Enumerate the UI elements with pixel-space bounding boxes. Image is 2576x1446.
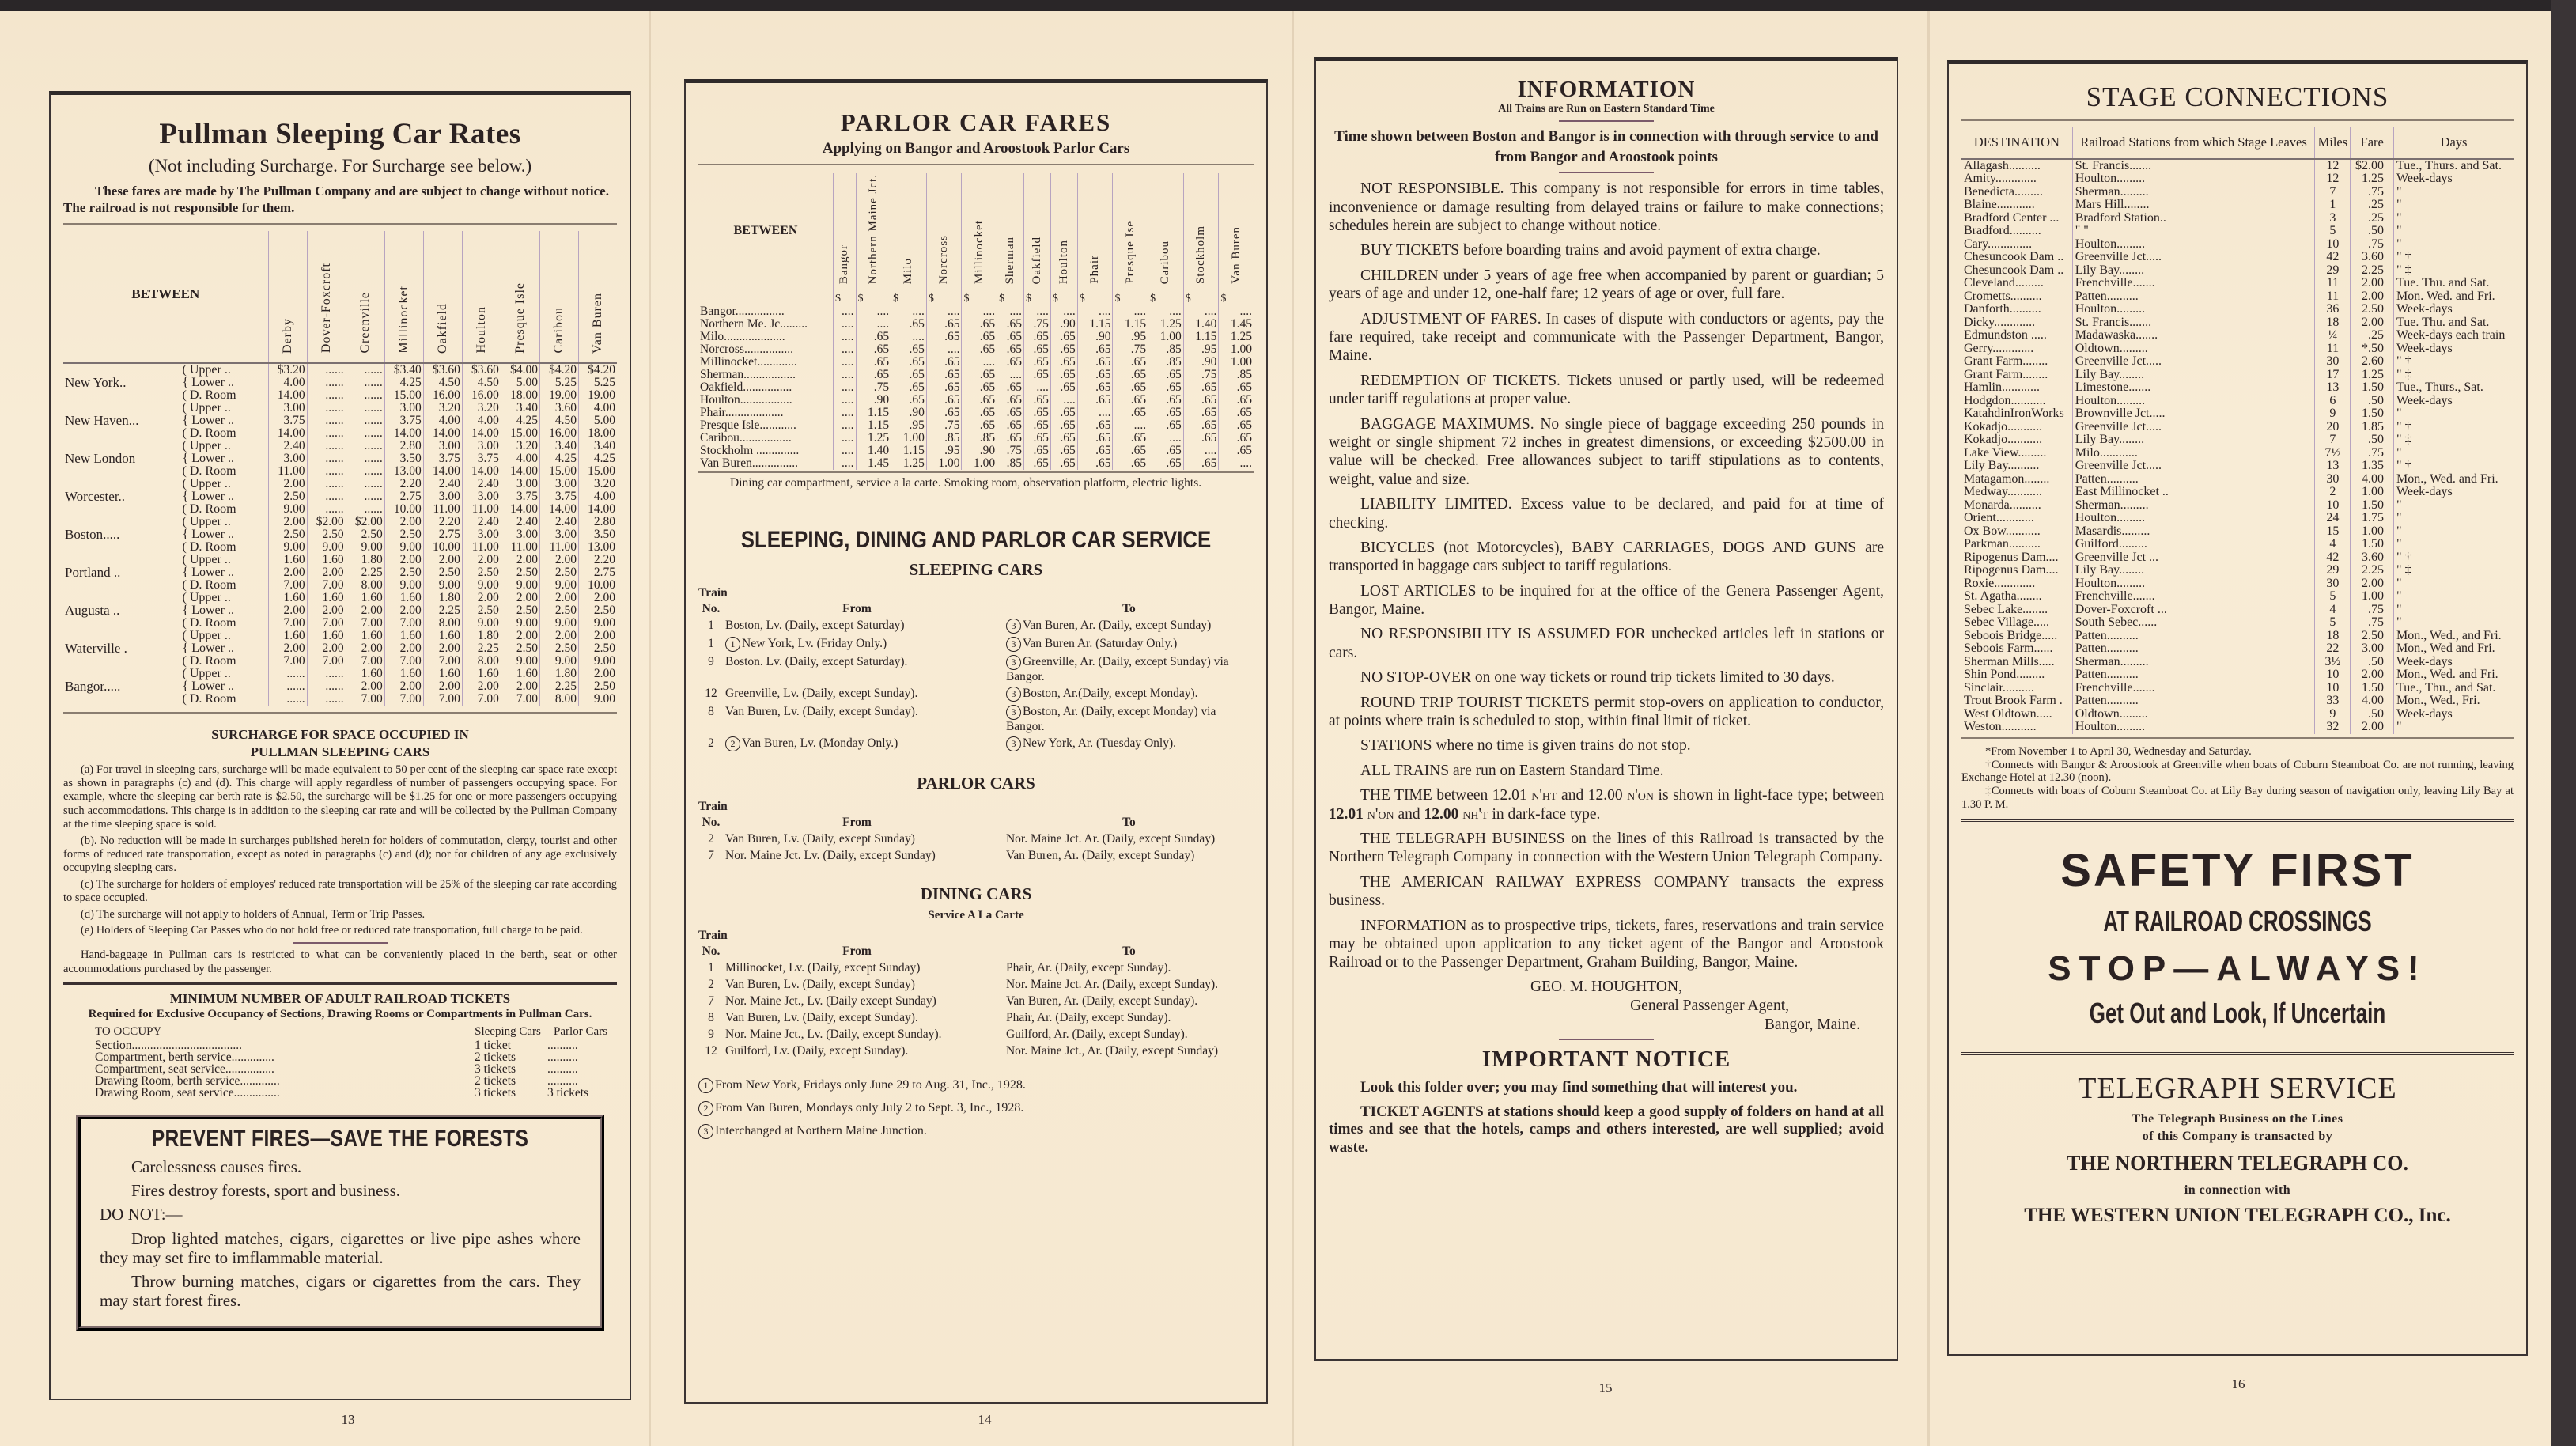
fare-cell: .65 [1077, 445, 1113, 457]
fires-line: Throw burning matches, cigars or cigaret… [100, 1272, 581, 1310]
rate-cell: 3.75 [423, 452, 462, 465]
rate-cell: 2.20 [384, 478, 423, 490]
rate-cell: 2.00 [579, 630, 618, 642]
rate-cell: 10.00 [579, 579, 618, 592]
train-from: Millinocket, Lv. (Daily, except Sunday) [724, 960, 990, 976]
fare-cell: .65 [891, 356, 927, 369]
days-cell: " [2394, 447, 2514, 460]
departure-station-cell: Lily Bay........ [2072, 369, 2315, 382]
days-cell: Mon., Wed., and Fri. [2394, 630, 2514, 643]
column-header: Phair [1077, 173, 1113, 293]
rate-cell: 4.00 [501, 452, 539, 465]
parlor-fares-table: BETWEEN BangorNorthern Maine Jct.MiloNor… [698, 173, 1254, 470]
city-label: New Haven... [63, 414, 181, 427]
rate-cell: 7.00 [423, 693, 462, 706]
train-row: 8Van Buren, Lv. (Daily, except Sunday).3… [698, 703, 1254, 735]
departure-station-cell: Mars Hill........ [2072, 199, 2315, 212]
table-row: Grant Farm........Greenville Jct.....302… [1961, 355, 2514, 369]
rate-cell: 10.00 [423, 541, 462, 554]
fare-cell: .65 [1183, 381, 1219, 394]
train-from: Nor. Maine Jct., Lv. (Daily, except Sund… [724, 1026, 990, 1043]
rate-cell: 9.00 [579, 655, 618, 668]
city-label: Boston..... [63, 528, 181, 541]
fare-cell: .65 [891, 343, 927, 356]
fare-cell: .65 [1050, 343, 1077, 356]
info-paragraph: NO RESPONSIBILITY IS ASSUMED FOR uncheck… [1329, 625, 1884, 662]
fare-cell: .... [834, 305, 857, 318]
departure-station-cell: Greenville Jct..... [2072, 421, 2315, 434]
fare-cell: .65 [1148, 369, 1184, 381]
accommodation-class: { Lower .. [181, 528, 268, 541]
dollar-sign: $ [1183, 293, 1219, 305]
column-header: Railroad Stations from which Stage Leave… [2072, 127, 2315, 159]
fires-line: Drop lighted matches, cigars, cigarettes… [100, 1229, 581, 1267]
col-to: To [990, 600, 1254, 617]
accommodation-class: ( Upper .. [181, 478, 268, 490]
train-row: 9Boston. Lv. (Daily, except Saturday).3G… [698, 653, 1254, 685]
departure-station-cell: Patten.......... [2072, 642, 2315, 656]
divider [1559, 120, 1654, 122]
fare-cell: .65 [1113, 394, 1148, 407]
western-union-co: THE WESTERN UNION TELEGRAPH CO., Inc. [1961, 1205, 2514, 1227]
departure-station-cell: Houlton......... [2072, 721, 2315, 734]
table-row: Trout Brook Farm .Patten..........334.00… [1961, 695, 2514, 708]
lead-text: Time shown between Boston and Bangor is … [1329, 127, 1884, 167]
info-paragraph: LOST ARTICLES to be inquired for at the … [1329, 582, 1884, 619]
page-number: 14 [961, 1412, 1008, 1428]
info-heading: THE TELEGRAPH BUSINESS [1360, 831, 1565, 847]
table-row: ( Upper ..$3.20............$3.40$3.60$3.… [63, 363, 617, 377]
column-header: Presque Isle [501, 231, 539, 363]
table-row: Lake View.........Milo............7½.75" [1961, 447, 2514, 460]
fare-cell: .65 [962, 407, 997, 419]
rate-cell: 3.00 [501, 528, 539, 541]
fare-cell: .65 [1050, 381, 1077, 394]
destination-cell: Kokadjo........... [1961, 421, 2072, 434]
rate-cell: 9.00 [579, 693, 618, 706]
rate-cell: 11.00 [462, 503, 501, 516]
rate-cell: ...... [307, 478, 346, 490]
rate-cell: 4.50 [462, 377, 501, 389]
footnote-marker-icon: 3 [1006, 619, 1021, 634]
rate-cell: 8.00 [423, 617, 462, 630]
rate-cell: 15.00 [501, 427, 539, 440]
table-row: ( D. Room9.009.009.009.0010.0011.0011.00… [63, 541, 617, 554]
miles-cell: 9 [2315, 407, 2351, 421]
fare-cell: 1.50 [2351, 499, 2394, 513]
stage-footnote: †Connects with Bangor & Aroostook at Gre… [1961, 759, 2514, 785]
rate-cell: 2.40 [462, 478, 501, 490]
table-row: Parkman..........Guilford.........41.50" [1961, 538, 2514, 551]
accommodation-class: { Lower .. [181, 377, 268, 389]
miles-cell: 24 [2315, 512, 2351, 525]
fare-cell: .65 [1183, 394, 1219, 407]
dollar-sign: $ [1024, 293, 1051, 305]
fare-cell: .65 [1077, 419, 1113, 432]
fare-cell: .65 [926, 318, 962, 331]
footnote-marker-icon: 2 [725, 736, 740, 751]
destination-cell: Ripogenus Dam.... [1961, 551, 2072, 565]
rate-cell: 4.00 [268, 377, 307, 389]
train-to: 3Van Buren Ar. (Saturday Only.) [990, 635, 1254, 653]
rate-cell: 1.60 [423, 668, 462, 680]
table-row: Houlton......................90.65.65.65… [698, 394, 1254, 407]
rate-cell: ...... [307, 363, 346, 377]
surcharge-paragraph: (d) The surcharge will not apply to hold… [63, 908, 617, 922]
table-row: Bangor.....{ Lower ..............2.002.0… [63, 680, 617, 693]
miles-cell: 30 [2315, 473, 2351, 486]
table-row: ( Upper ..2.40............2.803.003.003.… [63, 440, 617, 452]
fare-cell: .65 [1148, 407, 1184, 419]
departure-station-cell: East Millinocket .. [2072, 486, 2315, 499]
train-number: 7 [698, 993, 724, 1009]
table-row: Van Buren...................1.451.251.00… [698, 457, 1254, 470]
fare-cell: .... [856, 318, 891, 331]
train-from: Nor. Maine Jct. Lv. (Daily, except Sunda… [724, 847, 990, 864]
rate-cell: 7.00 [268, 617, 307, 630]
rate-cell: 14.00 [462, 465, 501, 478]
departure-station-cell: Lily Bay........ [2072, 564, 2315, 577]
days-cell: " [2394, 238, 2514, 252]
dollar-sign: $ [1077, 293, 1113, 305]
info-body: before boarding trains and avoid payment… [1459, 242, 1821, 259]
train-to: 3Greenville, Ar. (Daily, except Sunday) … [990, 653, 1254, 685]
rate-cell: 9.00 [268, 541, 307, 554]
table-row: Seboois Farm......Patten..........223.00… [1961, 642, 2514, 656]
miles-cell: 5 [2315, 225, 2351, 238]
rate-cell: 13.00 [384, 465, 423, 478]
fare-cell: .65 [1050, 407, 1077, 419]
accommodation-class: ( D. Room [181, 541, 268, 554]
column-header: Norcross [926, 173, 962, 293]
rate-cell: 1.60 [462, 668, 501, 680]
rate-cell: 9.00 [462, 617, 501, 630]
rate-cell: 3.75 [539, 490, 578, 503]
fare-cell: .95 [891, 419, 927, 432]
rate-cell: 14.00 [579, 503, 618, 516]
rate-cell: 3.00 [539, 528, 578, 541]
rate-cell: 2.00 [268, 516, 307, 528]
surcharge-paragraph: (b). No reduction will be made in surcha… [63, 835, 617, 876]
table-row: Norcross.....................65.65.....6… [698, 343, 1254, 356]
rate-cell: $3.20 [268, 363, 307, 377]
rate-cell: 9.00 [384, 541, 423, 554]
rate-cell: 1.60 [346, 668, 384, 680]
table-row: ( Upper ..1.601.601.802.002.002.002.002.… [63, 554, 617, 566]
rate-cell: 2.50 [501, 642, 539, 655]
fires-do-not: DO NOT:— [100, 1205, 581, 1224]
fare-cell: *.50 [2351, 343, 2394, 356]
fold-line [649, 11, 651, 1446]
fare-cell: .65 [1050, 356, 1077, 369]
parlor-tickets: .......... [544, 1075, 617, 1087]
rate-cell: 9.00 [462, 579, 501, 592]
fold-line [1927, 11, 1930, 1446]
fare-cell: .65 [1219, 419, 1254, 432]
table-row: Chesuncook Dam ..Lily Bay........292.25"… [1961, 264, 2514, 278]
table-row: Kokadjo...........Lily Bay........7.50" … [1961, 433, 2514, 447]
miles-cell: 33 [2315, 695, 2351, 708]
fare-cell: 1.15 [1113, 318, 1148, 331]
fare-cell: 1.25 [1219, 331, 1254, 343]
table-row: Ripogenus Dam....Lily Bay........292.25"… [1961, 564, 2514, 577]
rate-cell: ...... [307, 452, 346, 465]
days-cell: " [2394, 590, 2514, 604]
days-cell: " [2394, 577, 2514, 591]
table-row: Milo.........................65.....65.6… [698, 331, 1254, 343]
rate-cell: 18.00 [579, 427, 618, 440]
occupancy-type: Compartment, seat service...............… [63, 1063, 471, 1075]
table-row: Monarda..........Sherman.........101.50" [1961, 499, 2514, 513]
info-body: where no time is given trains do not sto… [1432, 737, 1691, 754]
days-cell: Mon., Wed., Fri. [2394, 695, 2514, 708]
table-row: ( D. Room9.00............10.0011.0011.00… [63, 503, 617, 516]
rate-cell: $4.20 [579, 363, 618, 377]
fare-cell: .65 [1183, 419, 1219, 432]
departure-station-cell: Milo............ [2072, 447, 2315, 460]
miles-cell: 12 [2315, 159, 2351, 173]
occupancy-table: TO OCCUPY Sleeping Cars Parlor Cars Sect… [63, 1024, 617, 1099]
city-label: Worcester.. [63, 490, 181, 503]
fare-cell: .65 [1077, 356, 1113, 369]
table-row: Cleveland.........Frenchville.......112.… [1961, 277, 2514, 290]
footnote: 1From New York, Fridays only June 29 to … [698, 1078, 1254, 1093]
miles-cell: 4 [2315, 604, 2351, 617]
column-header: Millinocket [384, 231, 423, 363]
fare-cell: .65 [891, 318, 927, 331]
train-to: Guilford, Ar. (Daily, except Sunday). [990, 1026, 1254, 1043]
safety-stop: STOP—ALWAYS! [1961, 949, 2514, 989]
days-cell: Week-days [2394, 486, 2514, 499]
table-row: Sherman......................65.65.65.65… [698, 369, 1254, 381]
telegraph-text: of this Company is transacted by [1961, 1128, 2514, 1145]
departure-station-cell: Houlton......... [2072, 172, 2315, 186]
miles-cell: 18 [2315, 316, 2351, 330]
info-paragraph: CHILDREN under 5 years of age free when … [1329, 267, 1884, 304]
footnote: 3Interchanged at Northern Maine Junction… [698, 1124, 1254, 1139]
fare-cell: 1.00 [962, 457, 997, 470]
fare-cell: 1.00 [1219, 343, 1254, 356]
fare-cell: 1.25 [2351, 369, 2394, 382]
rate-cell: 2.00 [384, 516, 423, 528]
fare-cell: .75 [2351, 238, 2394, 252]
fare-cell: 1.00 [2351, 525, 2394, 539]
info-paragraph: REDEMPTION OF TICKETS. Tickets unused or… [1329, 372, 1884, 409]
rate-cell: ...... [346, 503, 384, 516]
days-cell: " ‡ [2394, 564, 2514, 577]
fare-cell: .65 [997, 419, 1024, 432]
days-cell: " [2394, 499, 2514, 513]
station-label: Oakfield................ [698, 381, 834, 394]
city-label: New York.. [63, 377, 181, 389]
departure-station-cell: Greenville Jct..... [2072, 355, 2315, 369]
footnote-marker-icon: 3 [1006, 736, 1021, 751]
rate-cell: 18.00 [501, 389, 539, 402]
rate-cell: $3.60 [423, 363, 462, 377]
miles-cell: 2 [2315, 486, 2351, 499]
rate-cell: 1.60 [307, 554, 346, 566]
safety-headline: SAFETY FIRST [1961, 844, 2514, 897]
info-body: are run on Eastern Standard Time. [1449, 763, 1663, 779]
departure-station-cell: Frenchville....... [2072, 590, 2315, 604]
fare-cell: .65 [1219, 432, 1254, 445]
fare-cell: 1.00 [2351, 590, 2394, 604]
parlor-tickets: 3 tickets [544, 1087, 617, 1099]
info-heading: REDEMPTION OF TICKETS. [1360, 373, 1560, 389]
destination-cell: Parkman.......... [1961, 538, 2072, 551]
divider [1961, 819, 2514, 822]
rate-cell: 1.60 [268, 554, 307, 566]
fare-cell: .65 [891, 394, 927, 407]
departure-station-cell: Greenville Jct..... [2072, 460, 2315, 473]
rate-cell: 2.25 [423, 604, 462, 617]
fare-cell: .65 [856, 343, 891, 356]
rate-cell: 1.60 [268, 630, 307, 642]
accommodation-class: ( Upper .. [181, 440, 268, 452]
departure-station-cell: Sherman......... [2072, 499, 2315, 513]
miles-cell: 36 [2315, 303, 2351, 316]
rate-cell: 2.00 [307, 566, 346, 579]
destination-cell: KatahdinIronWorks [1961, 407, 2072, 421]
fare-cell: .... [1024, 381, 1051, 394]
hand-baggage-note: Hand-baggage in Pullman cars is restrict… [63, 948, 617, 976]
table-row: Bradford.........." "5.50" [1961, 225, 2514, 238]
dining-cars-table: No. From To 1Millinocket, Lv. (Daily, ex… [698, 943, 1254, 1059]
rate-cell: 2.50 [423, 566, 462, 579]
days-cell: Mon., Wed and Fri. [2394, 642, 2514, 656]
miles-cell: 22 [2315, 642, 2351, 656]
safety-first-notice: SAFETY FIRST AT RAILROAD CROSSINGS STOP—… [1961, 844, 2514, 1030]
miles-cell: 11 [2315, 290, 2351, 304]
fare-cell: .... [962, 305, 997, 318]
divider [63, 982, 617, 985]
rate-cell: $4.20 [539, 363, 578, 377]
rate-cell: 2.00 [539, 592, 578, 604]
dining-cars-title: DINING CARS [698, 884, 1254, 904]
station-label: Milo.................... [698, 331, 834, 343]
rate-cell: 11.00 [539, 541, 578, 554]
telegraph-service-notice: TELEGRAPH SERVICE The Telegraph Business… [1961, 1071, 2514, 1227]
info-heading: BAGGAGE MAXIMUMS. [1360, 416, 1534, 433]
fare-cell: .... [926, 305, 962, 318]
train-row: 1Boston, Lv. (Daily, except Saturday)3Va… [698, 617, 1254, 635]
fare-cell: .65 [1024, 343, 1051, 356]
fare-cell: .... [1219, 305, 1254, 318]
miles-cell: 11 [2315, 343, 2351, 356]
fare-cell: 1.15 [1183, 331, 1219, 343]
page-title: STAGE CONNECTIONS [1961, 81, 2514, 113]
fare-cell: 1.50 [2351, 407, 2394, 421]
col-from: From [724, 943, 990, 960]
fare-cell: .65 [997, 356, 1024, 369]
table-row: New Haven...{ Lower ..3.75............3.… [63, 414, 617, 427]
rate-cell: 9.00 [501, 617, 539, 630]
fare-cell: .65 [1113, 457, 1148, 470]
rate-cell: 3.00 [423, 490, 462, 503]
rate-cell: 2.00 [501, 630, 539, 642]
fare-cell: .65 [891, 369, 927, 381]
divider [698, 164, 1254, 165]
fare-cell: .65 [997, 432, 1024, 445]
footnote-marker-icon: 3 [1006, 655, 1021, 670]
dining-cars-subtitle: Service A La Carte [698, 909, 1254, 922]
table-row: Portland ..{ Lower ..2.002.002.252.502.5… [63, 566, 617, 579]
rate-cell: 2.50 [501, 604, 539, 617]
sleeping-tickets: 1 ticket [471, 1039, 544, 1051]
rate-cell: ...... [346, 402, 384, 414]
miles-cell: 32 [2315, 721, 2351, 734]
divider [698, 471, 1254, 473]
station-label: Stockholm .............. [698, 445, 834, 457]
rate-cell: 2.50 [579, 642, 618, 655]
info-paragraph: STATIONS where no time is given trains d… [1329, 736, 1884, 755]
rate-cell: 2.50 [384, 528, 423, 541]
table-row: Millinocket..................65.65.65...… [698, 356, 1254, 369]
destination-cell: Shin Pond......... [1961, 668, 2072, 682]
page-13-pullman-rates: Pullman Sleeping Car Rates (Not includin… [49, 91, 631, 1400]
departure-station-cell: Oldtown......... [2072, 343, 2315, 356]
station-label: Van Buren............... [698, 457, 834, 470]
departure-station-cell: Patten.......... [2072, 473, 2315, 486]
accommodation-class: ( Upper .. [181, 554, 268, 566]
info-paragraph: THE AMERICAN RAILWAY EXPRESS COMPANY tra… [1329, 873, 1884, 910]
destination-cell: Crometts.......... [1961, 290, 2072, 304]
rate-cell: 9.00 [539, 617, 578, 630]
northern-telegraph-co: THE NORTHERN TELEGRAPH CO. [1961, 1152, 2514, 1175]
column-header: Caribou [1148, 173, 1184, 293]
days-cell: " [2394, 199, 2514, 212]
table-row: Ripogenus Dam....Greenville Jct ...423.6… [1961, 551, 2514, 565]
fare-cell: .65 [1113, 381, 1148, 394]
subtitle: Applying on Bangor and Aroostook Parlor … [698, 140, 1254, 157]
fare-cell: 2.25 [2351, 564, 2394, 577]
station-label: Caribou................. [698, 432, 834, 445]
fare-cell: .... [891, 305, 927, 318]
miles-cell: 9 [2315, 708, 2351, 721]
fare-cell: .65 [1024, 394, 1051, 407]
days-cell: " [2394, 512, 2514, 525]
table-row: Sebec Lake........Dover-Foxcroft ...4.75… [1961, 604, 2514, 617]
column-header: Bangor [834, 173, 857, 293]
table-row: Chesuncook Dam ..Greenville Jct.....423.… [1961, 251, 2514, 264]
info-heading: INFORMATION [1360, 918, 1466, 934]
rate-cell: 2.50 [462, 604, 501, 617]
fare-cell: 1.00 [891, 432, 927, 445]
fare-cell: .... [962, 356, 997, 369]
train-to: Van Buren, Ar. (Daily, except Sunday) [990, 847, 1254, 864]
column-header: Oakfield [423, 231, 462, 363]
rate-cell: 3.75 [462, 452, 501, 465]
fare-cell: .65 [1050, 432, 1077, 445]
column-header: Millinocket [962, 173, 997, 293]
rate-cell: ...... [307, 503, 346, 516]
train-number: 12 [698, 1043, 724, 1059]
train-row: 7Nor. Maine Jct., Lv. (Daily except Sund… [698, 993, 1254, 1009]
stage-connections-table: DESTINATIONRailroad Stations from which … [1961, 127, 2514, 734]
rate-cell: 2.75 [423, 528, 462, 541]
fare-cell: .65 [1148, 394, 1184, 407]
info-paragraph: NOT RESPONSIBLE. This company is not res… [1329, 180, 1884, 235]
info-heading: BUY TICKETS [1360, 242, 1459, 259]
departure-station-cell: Patten.......... [2072, 290, 2315, 304]
destination-cell: Danforth.......... [1961, 303, 2072, 316]
divider [698, 498, 1254, 498]
miles-cell: 5 [2315, 616, 2351, 630]
rate-cell: 2.50 [539, 642, 578, 655]
table-row: Lily Bay..........Greenville Jct.....131… [1961, 460, 2514, 473]
train-row: 2Van Buren, Lv. (Daily, except Sunday)No… [698, 976, 1254, 993]
fare-cell: .65 [1219, 381, 1254, 394]
